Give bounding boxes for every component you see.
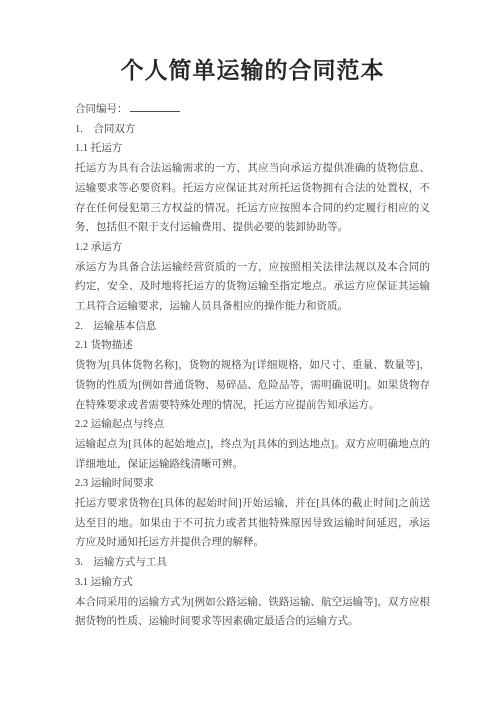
contract-number-blank [130, 100, 180, 112]
para-2-1-goods-description: 货物为[具体货物名称]，货物的规格为[详细规格，如尺寸、重量、数量等]，货物的性… [75, 356, 430, 415]
heading-2-2-origin-destination: 2.2 运输起点与终点 [75, 415, 430, 435]
heading-2-transport-basic-info: 2. 运输基本信息 [75, 317, 430, 337]
para-2-3-time-requirements: 托运方要求货物在[具体的起始时间]开始运输，并在[具体的截止时间]之前送达至目的… [75, 494, 430, 553]
contract-number-line: 合同编号： [75, 100, 430, 120]
heading-1-2-carrier: 1.2 承运方 [75, 238, 430, 258]
para-3-1-transport-mode: 本合同采用的运输方式为[例如公路运输、铁路运输、航空运输等]，双方应根据货物的性… [75, 593, 430, 632]
para-1-1-shipper: 托运方为具有合法运输需求的一方，其应当向承运方提供准确的货物信息、运输要求等必要… [75, 159, 430, 238]
para-2-2-origin-destination: 运输起点为[具体的起始地点]，终点为[具体的到达地点]。双方应明确地点的详细地址… [75, 435, 430, 474]
heading-3-transport-mode-tools: 3. 运输方式与工具 [75, 553, 430, 573]
para-1-2-carrier: 承运方为具备合法运输经营资质的一方，应按照相关法律法规以及本合同的约定，安全、及… [75, 258, 430, 317]
heading-1-1-shipper: 1.1 托运方 [75, 139, 430, 159]
contract-number-label: 合同编号： [75, 104, 128, 115]
heading-2-1-goods-description: 2.1 货物描述 [75, 336, 430, 356]
document-page: 个人简单运输的合同范本 合同编号： 1. 合同双方 1.1 托运方 托运方为具有… [0, 0, 500, 707]
heading-2-3-time-requirements: 2.3 运输时间要求 [75, 474, 430, 494]
document-body: 合同编号： 1. 合同双方 1.1 托运方 托运方为具有合法运输需求的一方，其应… [75, 100, 430, 632]
heading-1-contract-parties: 1. 合同双方 [75, 120, 430, 140]
document-title: 个人简单运输的合同范本 [75, 56, 430, 86]
heading-3-1-transport-mode: 3.1 运输方式 [75, 573, 430, 593]
